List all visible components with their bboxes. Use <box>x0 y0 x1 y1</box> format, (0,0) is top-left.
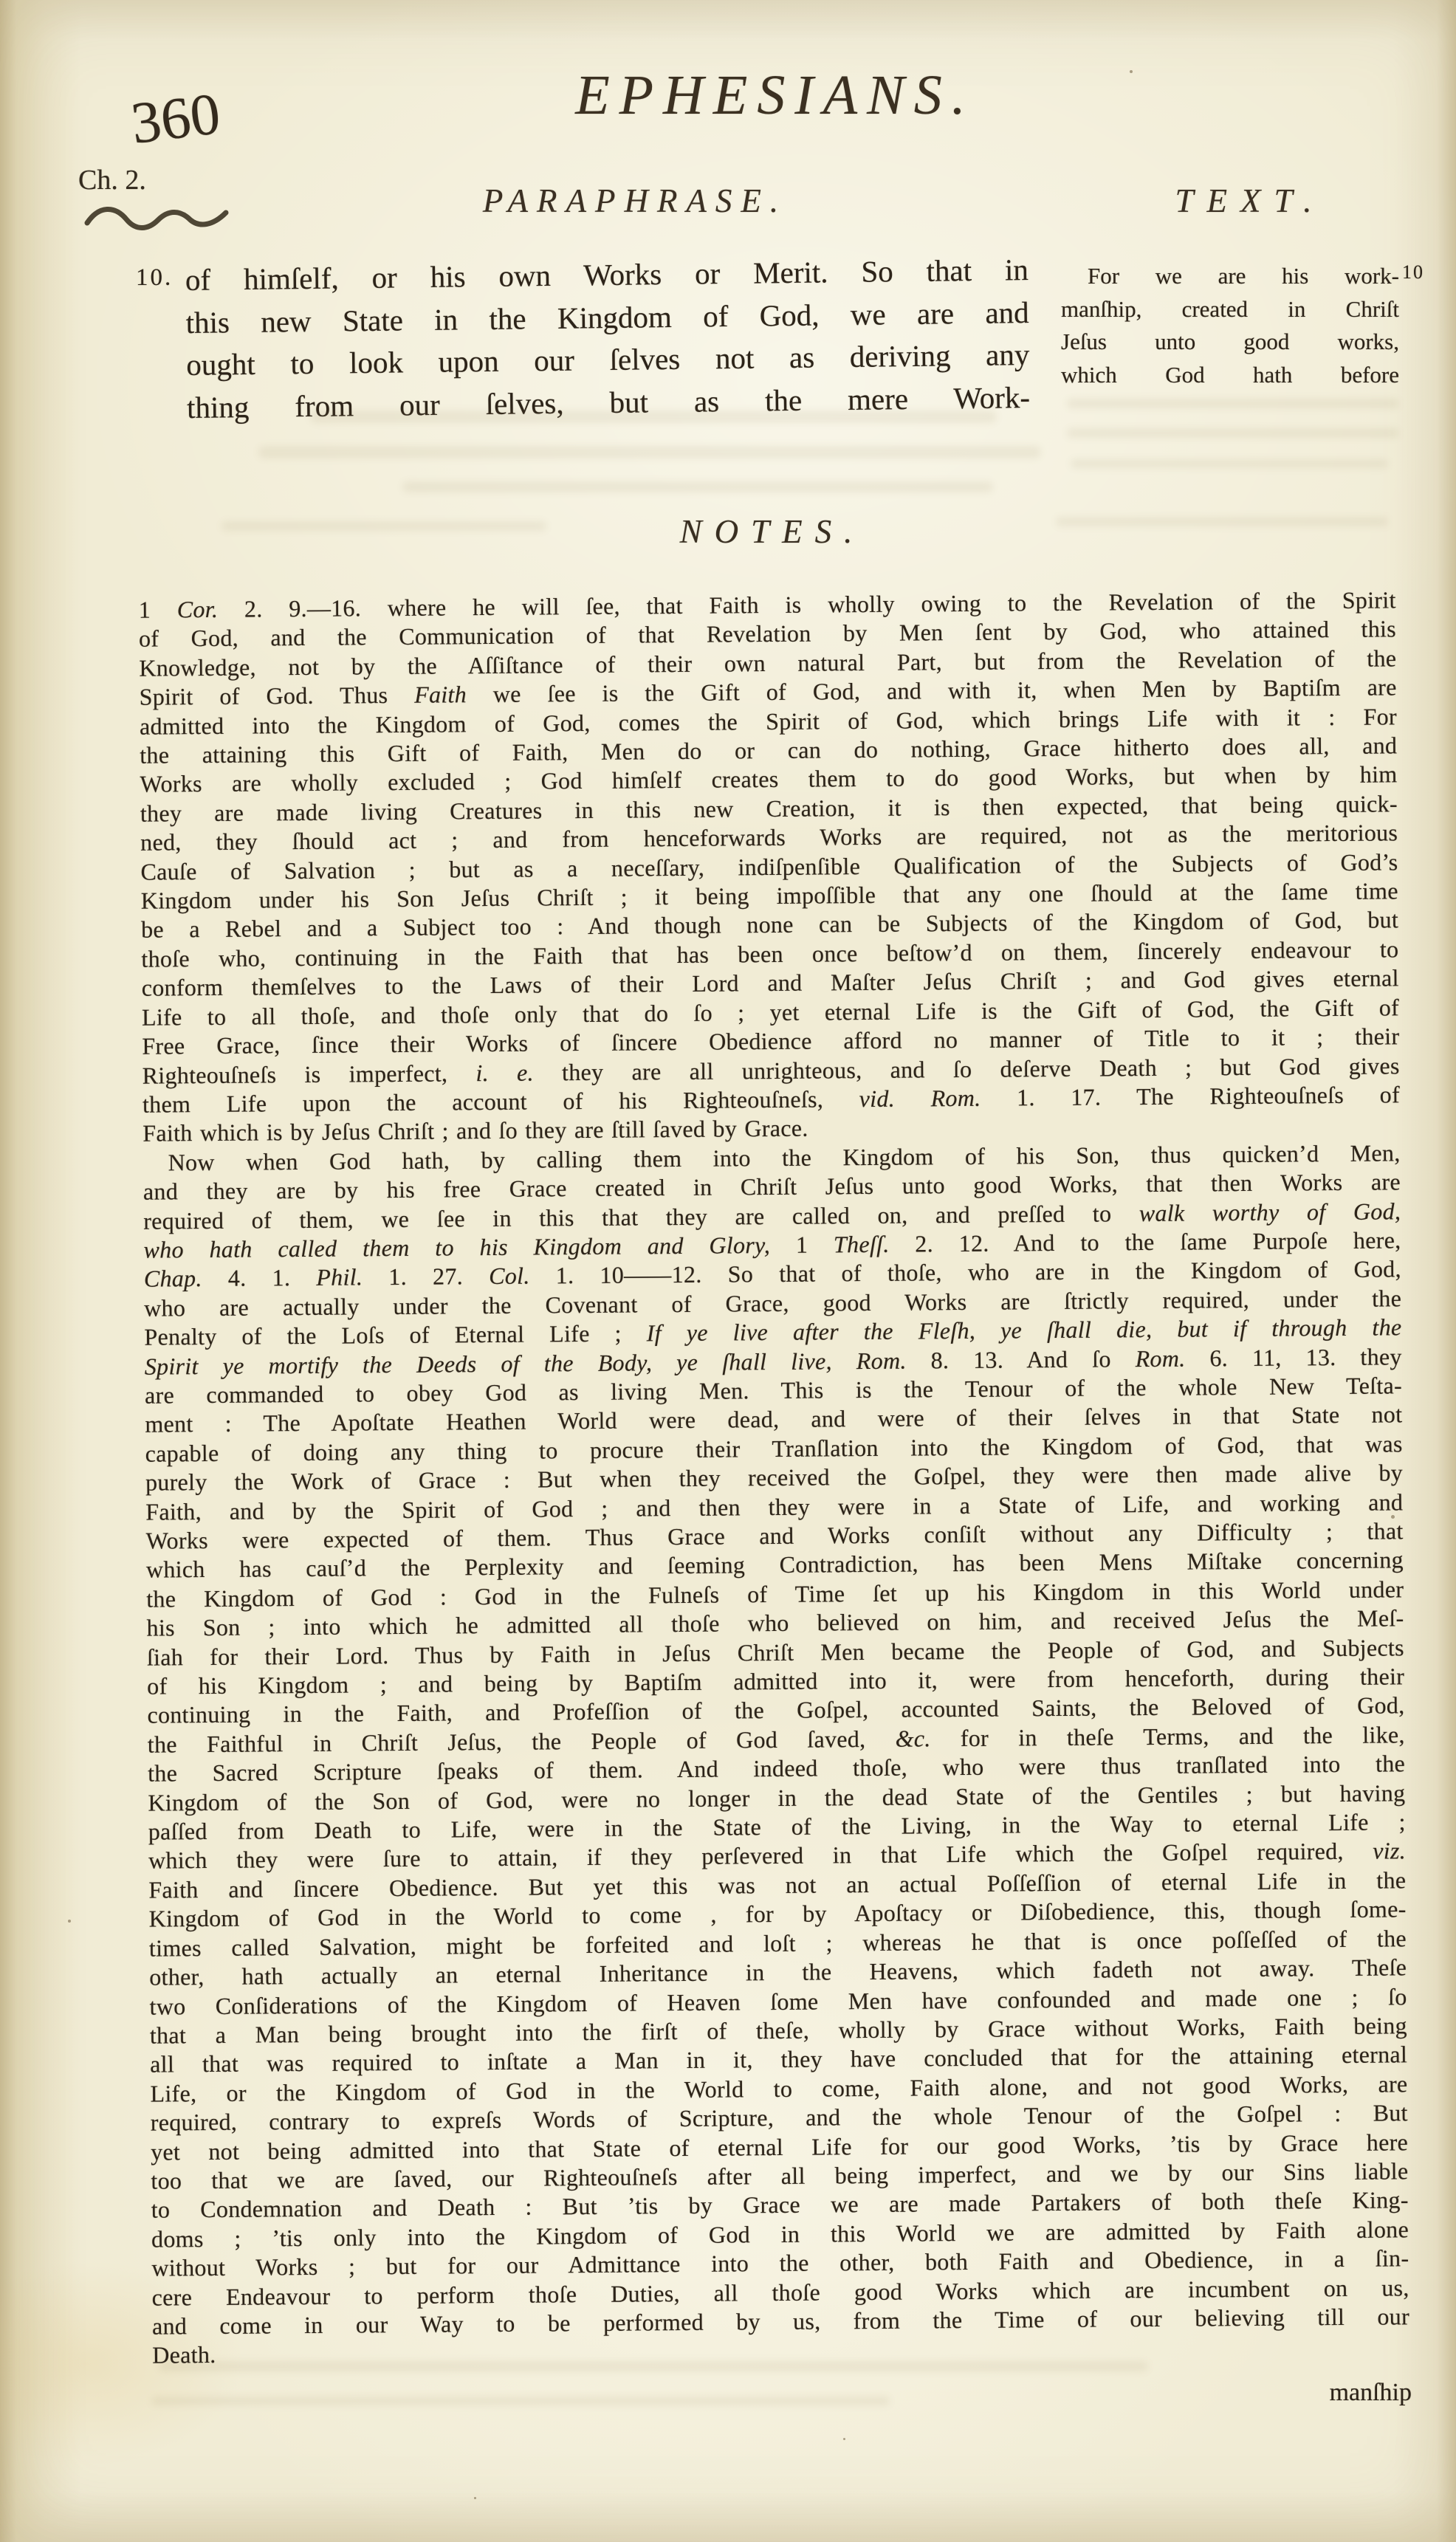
bleedthrough-smudge <box>1067 428 1399 438</box>
bleedthrough-smudge <box>402 481 993 492</box>
text-run: 1. 17. The Righteouſneſs of <box>981 1081 1400 1110</box>
text-run: we ſee is the Gift of God, and with it, … <box>467 674 1397 708</box>
text-run: Righteouſneſs is imperfect, <box>142 1059 476 1089</box>
italic-text-run: Spirit ye mortify the Deeds of the Body,… <box>145 1347 832 1379</box>
paper-speck <box>474 2497 476 2499</box>
text-run: Death. <box>152 2341 216 2368</box>
text-run: 2. 12. And to the ſame Purpoſe here, <box>889 1226 1401 1257</box>
text-run: this new State in the Kingdom of God, we… <box>185 295 1029 340</box>
bleedthrough-smudge <box>258 446 1041 458</box>
italic-text-run: i. e. <box>475 1059 534 1086</box>
text-run: ought to look upon our ſelves not as der… <box>186 337 1029 382</box>
bleedthrough-smudge <box>222 521 546 531</box>
text-run: 1 <box>139 596 177 622</box>
printed-line: which God hath before <box>1061 359 1399 392</box>
italic-text-run: viz. <box>1373 1838 1406 1864</box>
text-run: which God hath before <box>1061 362 1399 388</box>
paraphrase-heading: PARAPHRASE. <box>377 182 893 220</box>
bleedthrough-smudge <box>310 411 997 423</box>
italic-text-run: vid. Rom. <box>859 1085 981 1112</box>
paper-speck <box>1130 70 1133 73</box>
text-run: them Life upon the account of his Righte… <box>142 1085 859 1118</box>
text-run: Faith which is by Jeſus Chriſt ; and ſo … <box>142 1115 808 1147</box>
italic-text-run: walk worthy of God, <box>1139 1198 1401 1226</box>
bleedthrough-smudge <box>1071 459 1388 468</box>
text-run <box>832 1347 856 1374</box>
text-run: 1. 10——12. So that of thoſe, who are in … <box>529 1256 1401 1289</box>
text-run: 1. 27. <box>363 1263 489 1290</box>
text-run: 4. 1. <box>202 1264 317 1291</box>
printed-line: Jeſus unto good works, <box>1061 326 1399 359</box>
book-page-scan: 360 EPHESIANS. Ch. 2. PARAPHRASE. TEXT. … <box>0 0 1456 2542</box>
text-run: 1 <box>770 1231 834 1258</box>
text-run: they are all unrighteous, and ſo deſerve… <box>534 1052 1400 1085</box>
text-run: Jeſus unto good works, <box>1061 329 1399 354</box>
italic-text-run: If ye live after the Fleſh, ye ſhall die… <box>647 1313 1402 1346</box>
italic-text-run: Rom. <box>1135 1344 1185 1372</box>
paper-speck <box>843 2438 845 2440</box>
text-run: of himſelf, or his own Works or Merit. S… <box>185 253 1029 297</box>
text-run: manſhip, created in Chriſt <box>1061 296 1399 322</box>
italic-text-run: Cor. <box>177 596 219 622</box>
italic-text-run: Rom. <box>856 1347 907 1374</box>
page-number: 360 <box>128 80 224 158</box>
text-run: Spirit of God. Thus <box>140 681 415 710</box>
italic-text-run: Faith <box>414 681 467 708</box>
italic-text-run: who hath called them to his Kingdom and … <box>143 1232 770 1263</box>
bleedthrough-smudge <box>1067 399 1399 408</box>
notes-body: 1 Cor. 2. 9.—16. where he will ſee, that… <box>139 585 1410 2370</box>
text-run: the Faithful in Chriſt Jeſus, the People… <box>148 1725 896 1758</box>
text-run: for in theſe Terms, and the like, <box>930 1721 1404 1751</box>
bleedthrough-smudge <box>1056 517 1388 526</box>
chapter-label: Ch. 2. <box>78 164 146 196</box>
paraphrase-column: of himſelf, or his own Works or Merit. S… <box>185 249 1031 429</box>
italic-text-run: Chap. <box>144 1265 202 1292</box>
paraphrase-verse-marker: 10. <box>136 264 173 292</box>
book-title: EPHESIANS. <box>458 63 1093 128</box>
italic-text-run: Phil. <box>316 1264 363 1291</box>
italic-text-run: &c. <box>895 1725 930 1751</box>
text-column: For we are his work-manſhip, created in … <box>1061 260 1399 391</box>
text-run: For we are his work- <box>1088 263 1399 289</box>
bleedthrough-smudge <box>151 2397 890 2405</box>
text-run: 6. 11, 13. they <box>1185 1343 1402 1371</box>
catchword: manſhip <box>1255 2379 1412 2407</box>
text-verse-number: 10 <box>1402 261 1424 284</box>
italic-text-run: Col. <box>489 1263 530 1289</box>
printed-line: For we are his work- <box>1061 260 1399 293</box>
text-run: 8. 13. And ſo <box>907 1345 1136 1373</box>
chapter-flourish-ornament <box>81 202 233 235</box>
text-heading: TEXT. <box>1106 182 1394 220</box>
paper-speck <box>68 1920 71 1923</box>
notes-heading: NOTES. <box>514 512 1031 551</box>
text-run: Penalty of the Loſs of Eternal Life ; <box>144 1320 646 1350</box>
printed-line: manſhip, created in Chriſt <box>1061 293 1399 326</box>
italic-text-run: Theſſ. <box>834 1231 890 1258</box>
